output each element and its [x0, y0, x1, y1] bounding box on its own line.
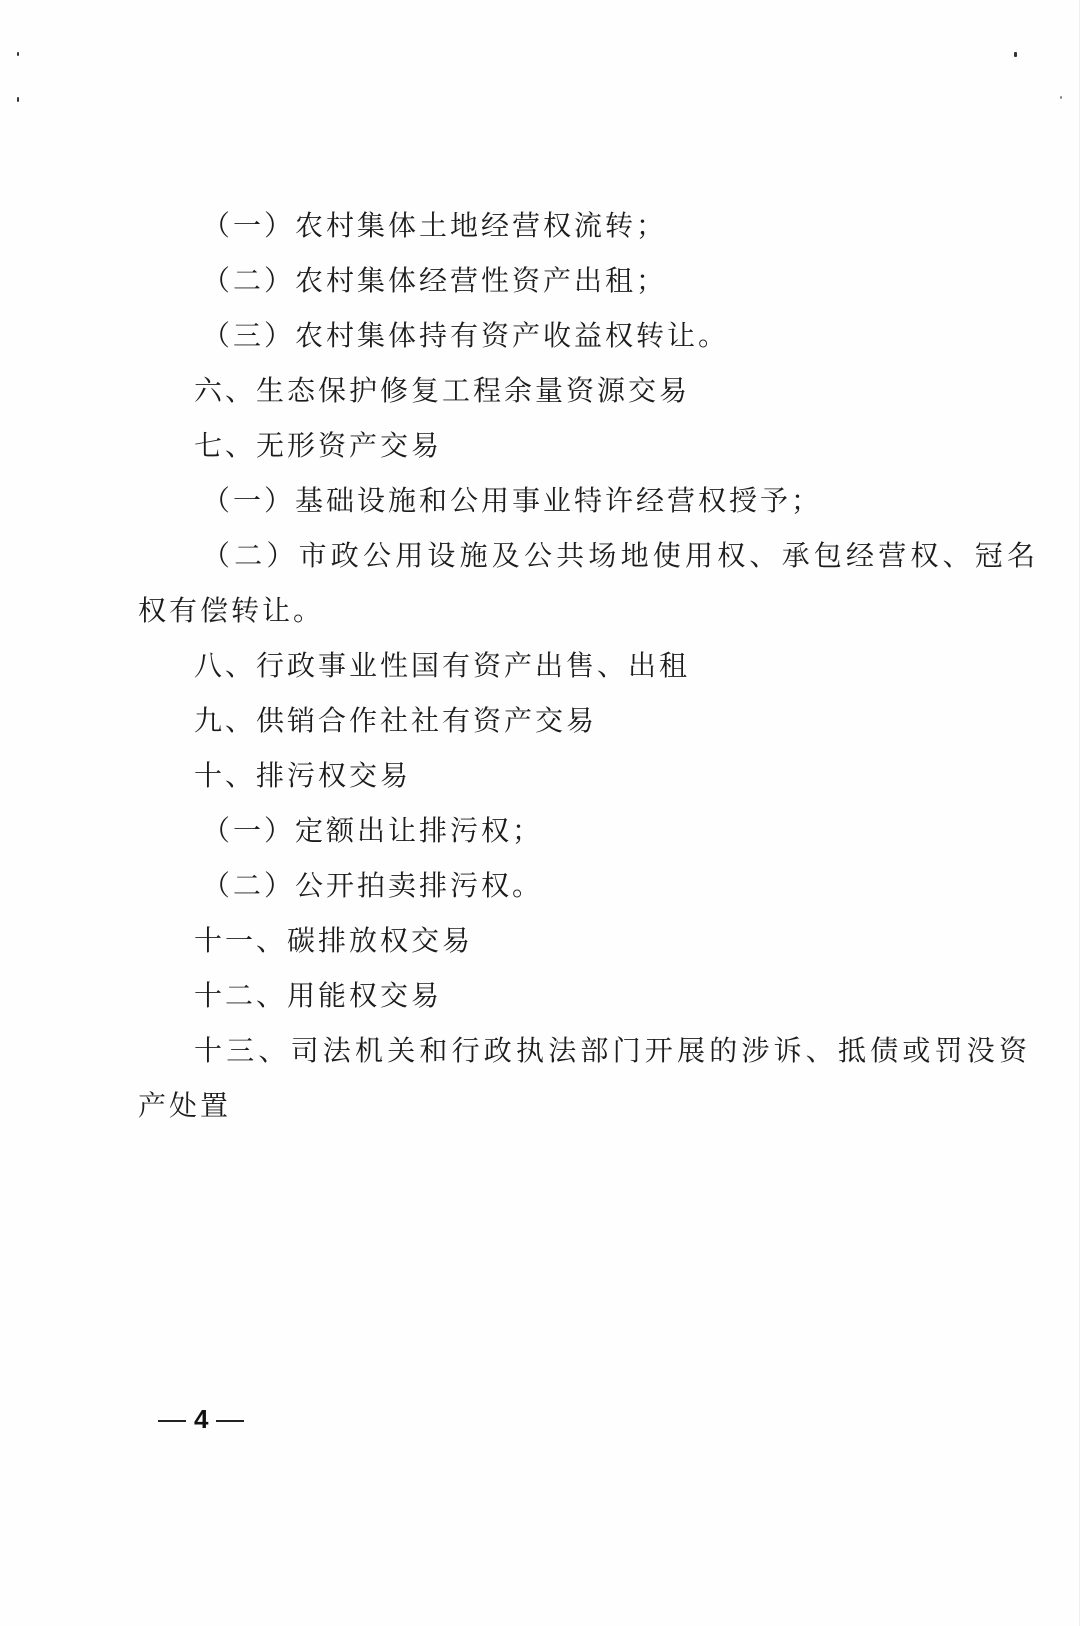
scan-speck: [17, 97, 19, 102]
section-heading: 十一、碳排放权交易: [138, 913, 950, 968]
list-item-continuation: 权有偿转让。: [138, 583, 950, 638]
page-number-value: 4: [194, 1404, 208, 1434]
list-item: （一）定额出让排污权；: [138, 803, 950, 858]
document-body: （一）农村集体土地经营权流转； （二）农村集体经营性资产出租； （三）农村集体持…: [138, 198, 950, 1133]
section-heading: 九、供销合作社社有资产交易: [138, 693, 950, 748]
document-page: （一）农村集体土地经营权流转； （二）农村集体经营性资产出租； （三）农村集体持…: [0, 0, 1080, 1626]
page-number: 4: [150, 1404, 252, 1435]
list-item: （二）市政公用设施及公共场地使用权、承包经营权、冠名: [138, 528, 950, 583]
scan-speck: [1014, 52, 1017, 57]
scan-speck: [1060, 96, 1062, 99]
list-item: （一）农村集体土地经营权流转；: [138, 198, 950, 253]
section-heading: 十二、用能权交易: [138, 968, 950, 1023]
section-heading-continuation: 产处置: [138, 1078, 950, 1133]
section-heading: 十三、司法机关和行政执法部门开展的涉诉、抵债或罚没资: [138, 1023, 950, 1078]
dash-right: [216, 1420, 244, 1422]
section-heading: 六、生态保护修复工程余量资源交易: [138, 363, 950, 418]
dash-left: [158, 1420, 186, 1422]
list-item: （二）公开拍卖排污权。: [138, 858, 950, 913]
list-item: （三）农村集体持有资产收益权转让。: [138, 308, 950, 363]
scan-speck: [17, 52, 19, 56]
section-heading: 七、无形资产交易: [138, 418, 950, 473]
list-item: （二）农村集体经营性资产出租；: [138, 253, 950, 308]
section-heading: 八、行政事业性国有资产出售、出租: [138, 638, 950, 693]
list-item: （一）基础设施和公用事业特许经营权授予；: [138, 473, 950, 528]
section-heading: 十、排污权交易: [138, 748, 950, 803]
